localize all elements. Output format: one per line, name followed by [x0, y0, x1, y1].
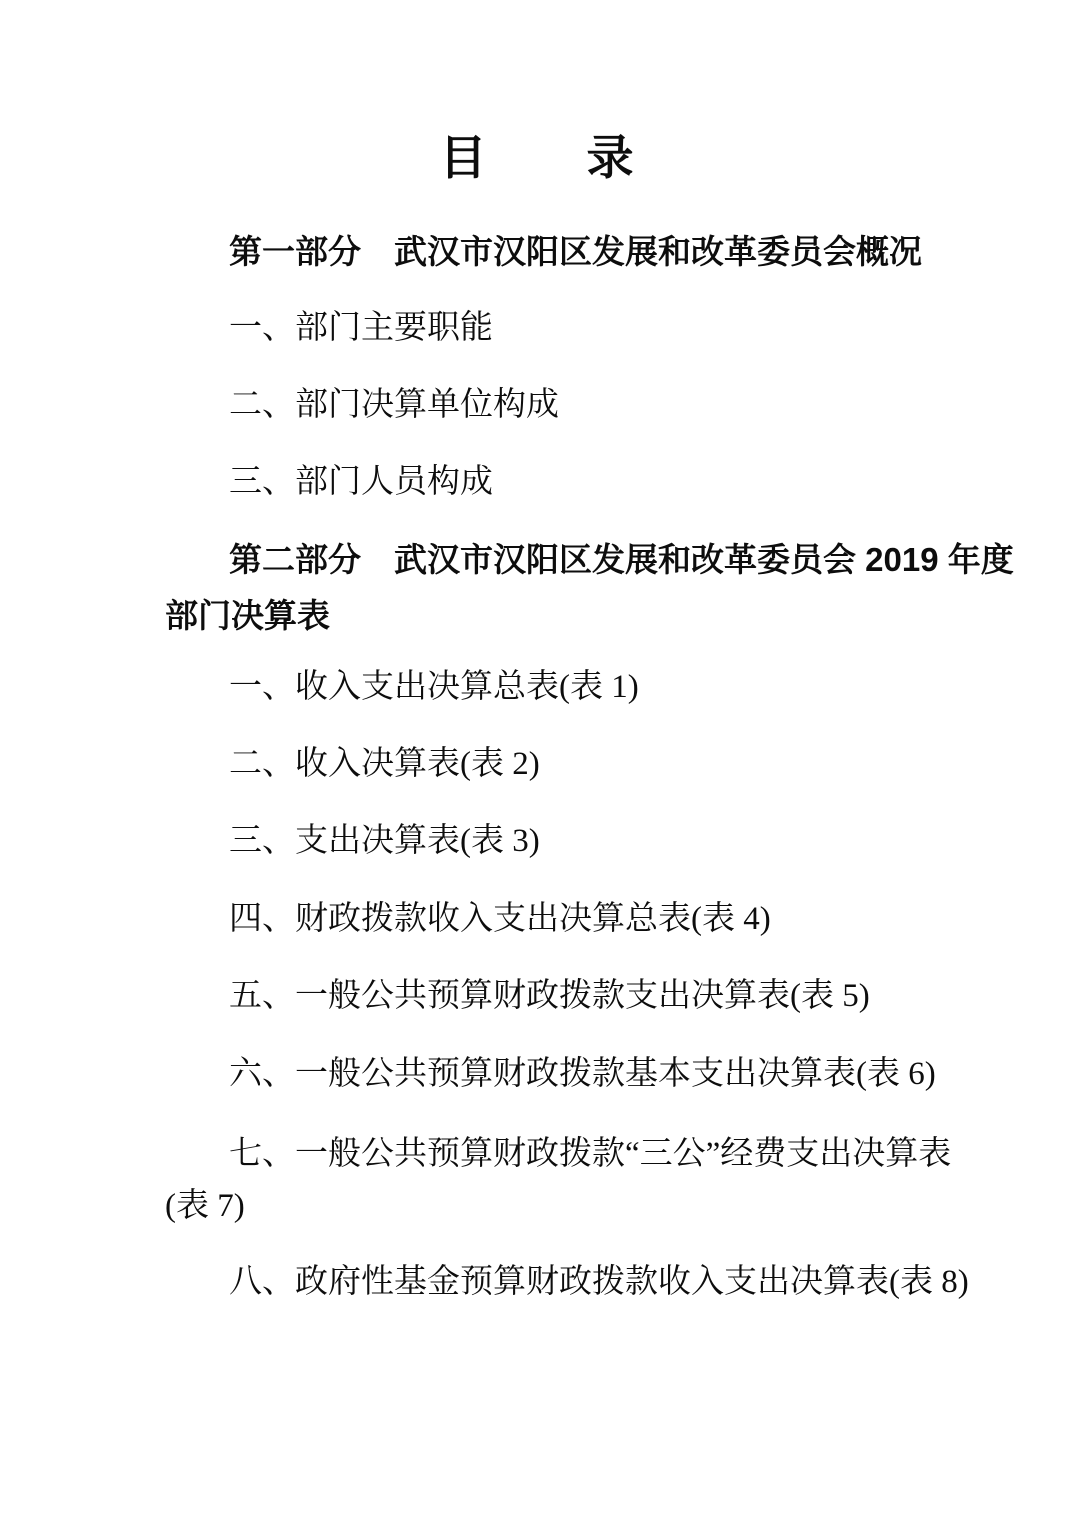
toc-entry-part2-7-line1: 七、一般公共预算财政拨款“三公”经费支出决算表 [163, 1136, 915, 1174]
toc-entry-part1-3: 三、部门人员构成 [163, 464, 915, 502]
toc-entry-part2-4: 四、财政拨款收入支出决算总表(表 4) [163, 901, 915, 939]
part2-heading-line2: 部门决算表 [163, 597, 915, 635]
page-title: 目 录 [0, 132, 1075, 186]
part2-heading-line1: 第二部分 武汉市汉阳区发展和改革委员会 2019 年度 [163, 541, 915, 579]
toc-entry-part2-3: 三、支出决算表(表 3) [163, 823, 915, 861]
toc-entry-part1-2: 二、部门决算单位构成 [163, 387, 915, 425]
toc-entry-part2-1: 一、收入支出决算总表(表 1) [163, 669, 915, 707]
toc-entry-part1-1: 一、部门主要职能 [163, 310, 915, 348]
toc-entry-part2-5: 五、一般公共预算财政拨款支出决算表(表 5) [163, 978, 915, 1016]
toc-page: 目 录 第一部分 武汉市汉阳区发展和改革委员会概况 一、部门主要职能 二、部门决… [0, 0, 1075, 1521]
toc-entry-part2-7-line2: (表 7) [163, 1188, 915, 1226]
part1-heading: 第一部分 武汉市汉阳区发展和改革委员会概况 [163, 233, 915, 271]
toc-entry-part2-2: 二、收入决算表(表 2) [163, 746, 915, 784]
toc-entry-part2-8: 八、政府性基金预算财政拨款收入支出决算表(表 8) [163, 1264, 915, 1302]
toc-entry-part2-6: 六、一般公共预算财政拨款基本支出决算表(表 6) [163, 1056, 915, 1094]
